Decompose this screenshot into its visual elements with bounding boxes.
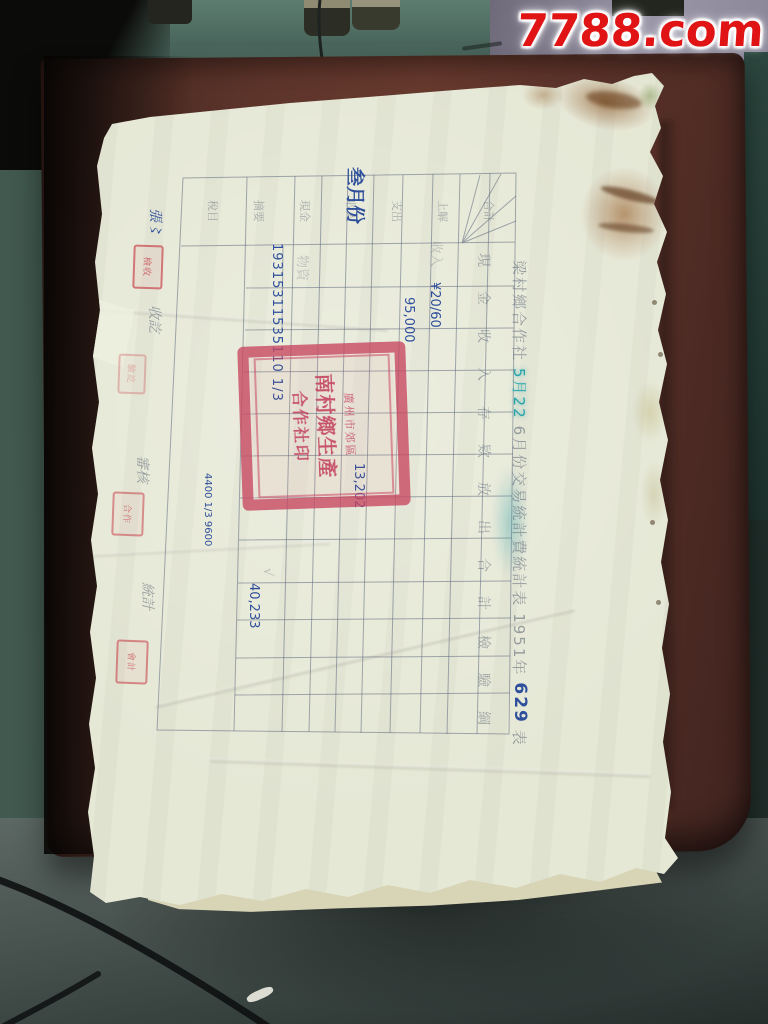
column-label: 欵 [474,444,494,458]
stub-label: 合計 [481,200,497,222]
pencil-note: 物資 [295,255,313,299]
seal-line: 合作社印 [289,390,314,463]
inspection-stamp: 驗訖 [117,354,146,395]
stub-label: 支出 [389,200,405,222]
margin-signature: 收訖 [145,305,165,355]
column-label: 存 [474,406,494,420]
stub-label: 稅目 [205,200,221,222]
site-watermark: 7788.com [515,4,766,57]
month-note-blue: 叁月份 [344,167,370,231]
official-seal-stamp: 廣州市郊區 南村鄉生產 合作社印 [237,341,411,511]
title-part1: 梁村鄉合作社 [510,260,531,362]
column-label: 驗 [474,673,494,687]
column-label: 計 [474,596,494,610]
stub-label: 現金 [297,200,313,222]
pencil-note: 收入 [429,241,447,281]
column-label: 入 [474,367,494,381]
column-label: 金 [474,291,494,305]
amount-figure: 40,233 [244,583,264,657]
title-teal-overwrite: 5月22 [510,368,531,420]
amount-figure: ¥20/60 [425,282,445,352]
amount-figure: 4400 1/3 9600 [199,473,217,585]
inspection-stamp: 會計 [115,639,149,684]
title-date: 1951年 [510,613,531,676]
column-label: 檢 [474,635,494,649]
title-date-suffix: 表 [510,730,531,747]
pencil-checkmark: √ [260,568,276,588]
column-label: 收 [474,329,494,343]
seal-line: 廣州市郊區 [341,392,359,458]
column-label: 現 [474,253,494,267]
column-label: 出 [474,520,494,534]
table-column-header-labels: 現 金 收 入 存 欵 放 出 合 計 檢 驗 綱 [465,250,503,728]
document-title: 梁村鄉合作社 5月22 6月份交易統計費統計表 1951年 629 表 [502,260,538,700]
column-label: 放 [474,482,494,496]
column-label: 合 [474,558,494,572]
seal-text: 廣州市郊區 南村鄉生產 合作社印 [254,354,395,499]
title-part2: 6月份交易統計費統計表 [510,426,531,608]
photo-of-document: 梁村鄉合作社 5月22 6月份交易統計費統計表 1951年 629 表 現 金 … [0,0,768,1024]
inspection-stamp: 合作 [111,491,145,536]
seal-line: 南村鄉生產 [311,373,344,479]
stub-label: 摘要 [251,200,267,222]
column-label: 綱 [474,711,494,725]
stub-label: 上解 [435,200,451,222]
title-date-blue: 629 [510,682,530,724]
inspection-stamp: 檢收 [132,244,164,289]
margin-signature: 統計 [138,582,158,638]
